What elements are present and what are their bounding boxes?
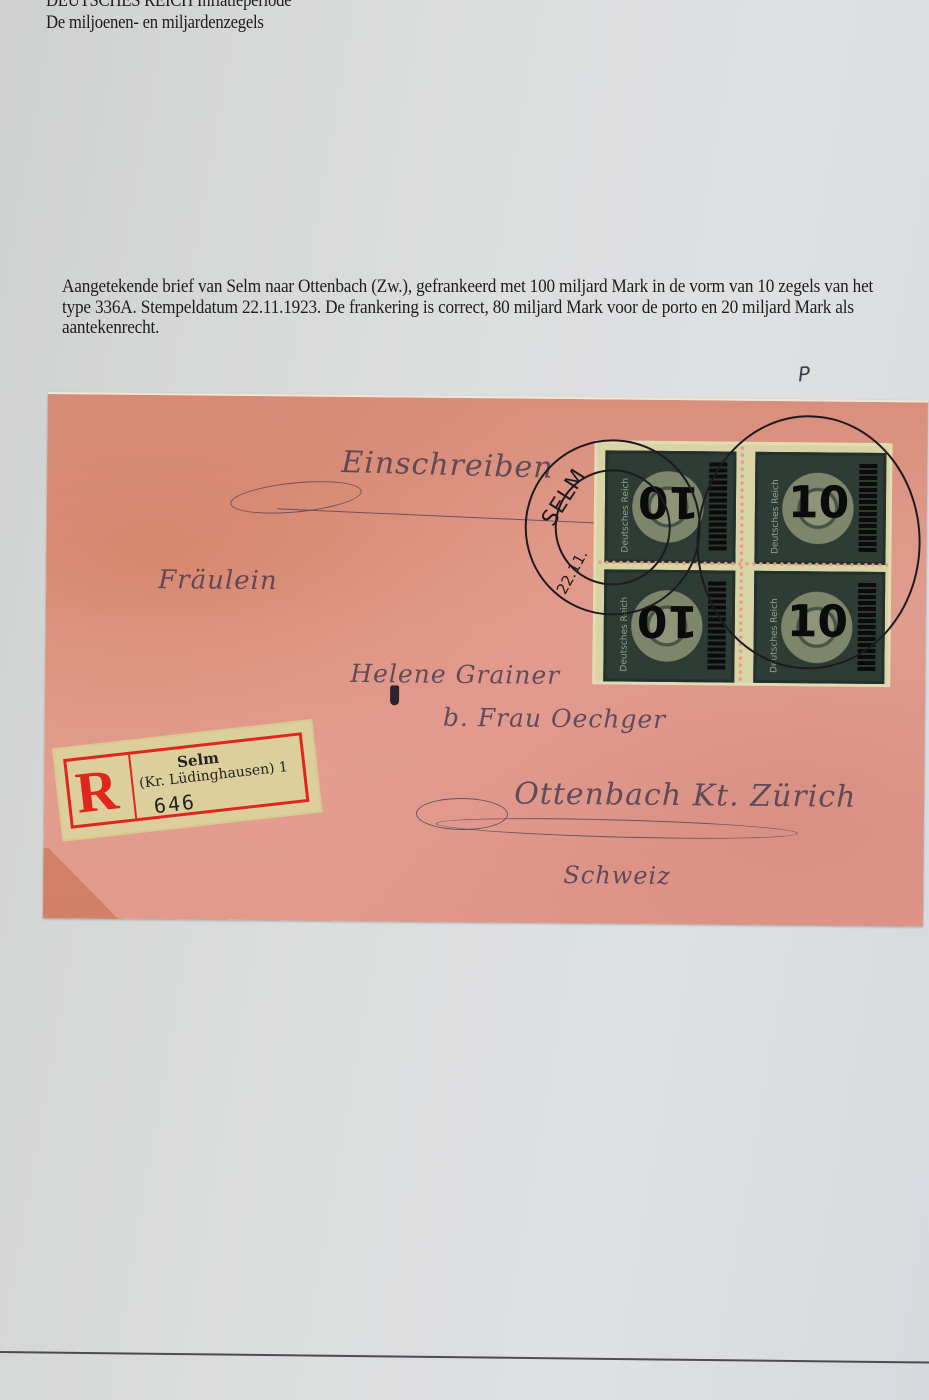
envelope-corner	[43, 848, 124, 919]
handwritten-care-of: b. Frau Oechger	[443, 703, 667, 734]
registration-label: R Selm (Kr. Lüdinghausen) 1 646	[54, 721, 320, 839]
handwritten-city: Ottenbach Kt. Zürich	[514, 776, 857, 814]
page-subtitle: De miljoenen- en miljardenzegels	[46, 12, 291, 34]
envelope: Einschreiben Fräulein Helene Grainer b. …	[43, 392, 928, 926]
registration-label-frame: R Selm (Kr. Lüdinghausen) 1 646	[63, 732, 309, 829]
page-header: DEUTSCHES REICH Inflatieperiode De miljo…	[46, 0, 325, 34]
pen-underline	[436, 815, 798, 843]
postmark: SELM 22.11.	[524, 439, 702, 617]
handwritten-salutation: Fräulein	[158, 565, 278, 596]
handwritten-service-note: Einschreiben	[341, 445, 554, 486]
ink-blot	[390, 685, 399, 705]
registration-number: 646	[153, 790, 198, 819]
page-divider-line	[0, 1351, 929, 1364]
pencil-annotation: P	[797, 362, 811, 387]
registration-r-box: R	[66, 755, 137, 826]
handwritten-country: Schweiz	[563, 861, 671, 890]
series-title: DEUTSCHES REICH Inflatieperiode	[46, 0, 291, 12]
handwritten-recipient: Helene Grainer	[350, 659, 560, 690]
item-description: Aangetekende brief van Selm naar Ottenba…	[62, 277, 899, 339]
registration-r-icon: R	[72, 756, 121, 826]
postmark-cancel-ring	[695, 414, 921, 670]
